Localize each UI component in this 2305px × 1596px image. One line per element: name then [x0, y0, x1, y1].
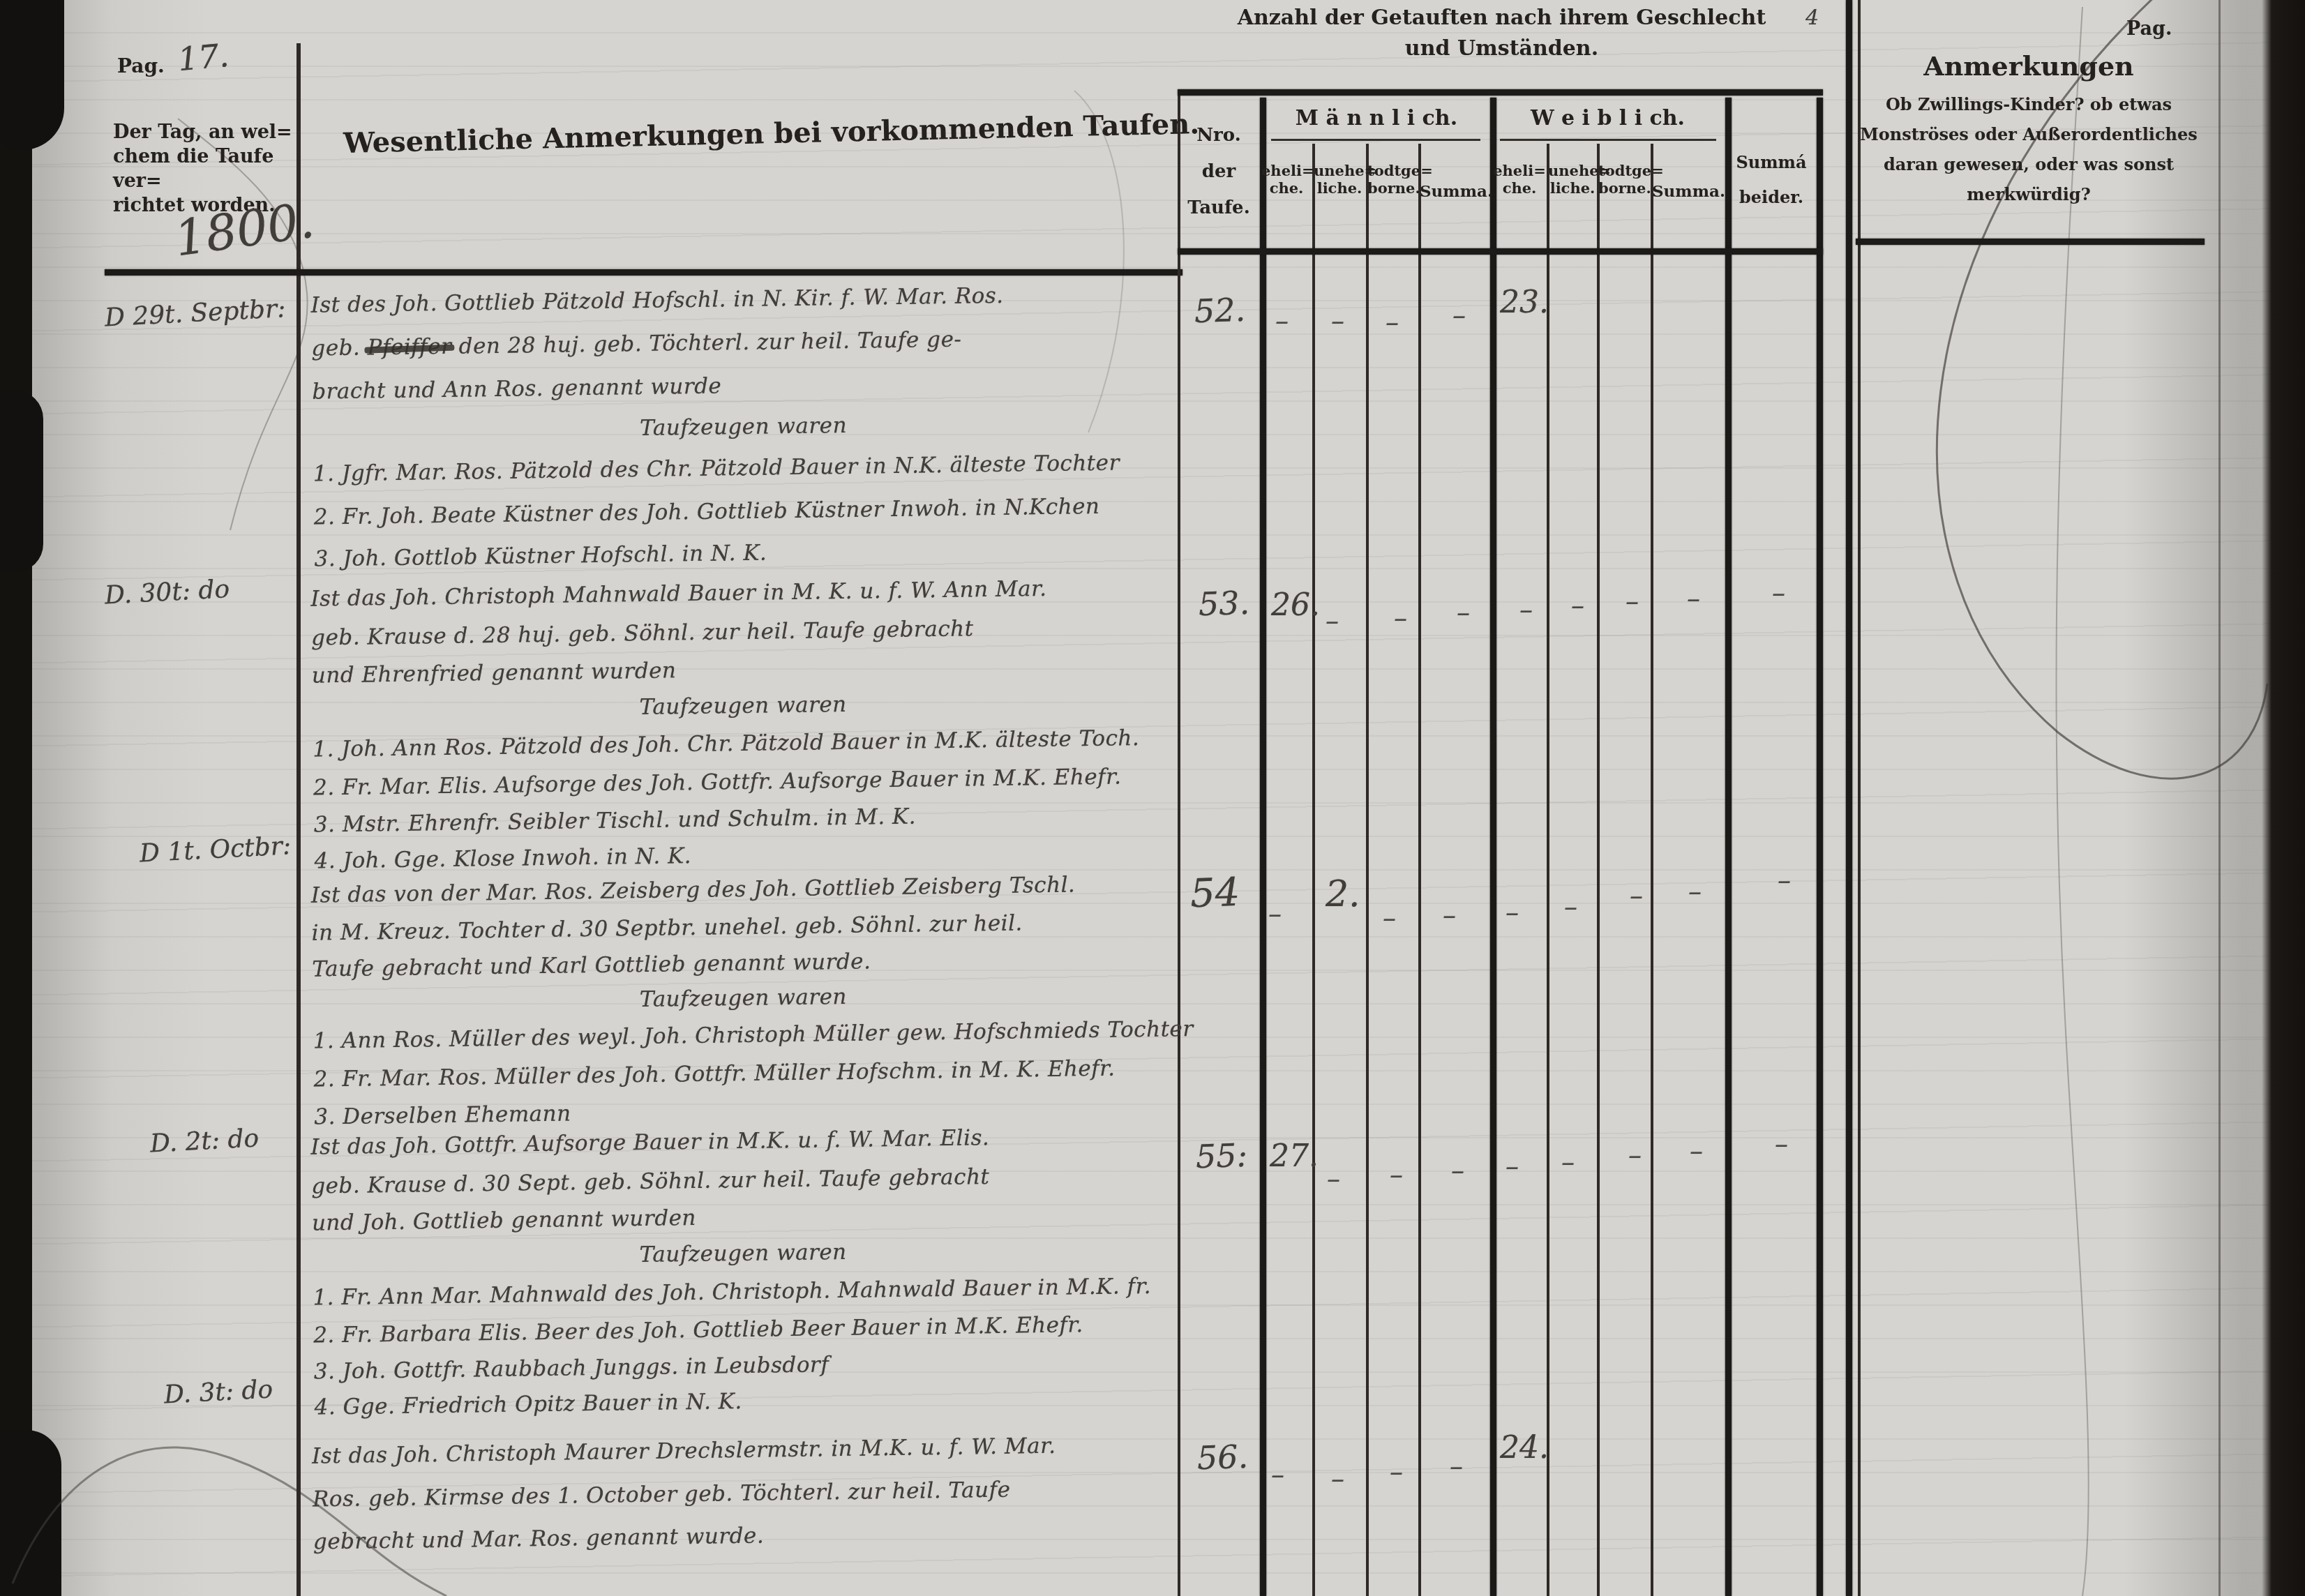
maennlich-header: M ä n n l i ch. — [1263, 106, 1490, 130]
row55-w-unehelich: – — [1561, 1147, 1575, 1177]
left-pag-number: 17. — [177, 36, 231, 78]
nro-line2: der — [1178, 153, 1260, 190]
baptism-entry-54: Ist das von der Mar. Ros. Zeisberg des J… — [310, 864, 1176, 1136]
row56-m-todtgeborne: – — [1390, 1456, 1403, 1487]
rule-m-unehe-todt — [1366, 144, 1369, 1596]
row54-w-todtgeborne: – — [1630, 880, 1643, 911]
row53-w-unehelich: – — [1571, 590, 1584, 621]
row54-w-unehelich: – — [1564, 891, 1577, 922]
m-summa-header: Summa. — [1420, 183, 1489, 200]
row54-m-summa: – — [1443, 900, 1456, 931]
row53-w-summa: – — [1687, 583, 1700, 614]
w-summa-header: Summa. — [1652, 183, 1725, 200]
w-ehelich-header: eheli=che. — [1493, 162, 1546, 197]
row53-w-todtgeborne: – — [1625, 586, 1639, 617]
annot-line3: daran gewesen, oder was sonst — [1857, 149, 2200, 179]
row52-m-summa: – — [1452, 300, 1466, 331]
row53-m-todtgeborne: – — [1394, 603, 1407, 633]
rule-nro-maennlich — [1260, 98, 1266, 1596]
rule-m-todt-summa — [1418, 144, 1421, 1596]
rule-summabeider-right — [1817, 98, 1823, 1596]
row54-m-unehelich: 2. — [1326, 873, 1360, 915]
row53-summa-beider: – — [1772, 578, 1785, 608]
date-header-line2: chem die Taufe ver= — [113, 144, 301, 193]
date-header-line1: Der Tag, an wel= — [113, 120, 301, 144]
summa-beider-header: Summá beider. — [1727, 145, 1816, 215]
rule-w-unehe-todt — [1597, 144, 1600, 1596]
nro-column-header: Nro. der Taufe. — [1178, 117, 1260, 226]
row52-m-todtgeborne: – — [1386, 307, 1399, 338]
rule-table-header-bottom — [1178, 248, 1823, 255]
row56-m-ehelich: – — [1271, 1459, 1284, 1490]
m-ehelich-header: eheli=che. — [1261, 162, 1312, 197]
rule-maennlich-underline — [1271, 139, 1480, 141]
rule-table-annot-divider-a — [1846, 0, 1852, 1596]
nro-line1: Nro. — [1178, 117, 1260, 153]
corner-pen-mark: 4 — [1805, 6, 1819, 30]
row55-m-summa: – — [1451, 1155, 1464, 1186]
row56-nro: 56. — [1196, 1438, 1249, 1477]
row54-nro: 54 — [1189, 870, 1240, 917]
rule-weiblich-underline — [1500, 139, 1716, 141]
row53-m-ehelich: 26. — [1271, 587, 1320, 623]
baptism-entry-55: Ist das Joh. Gottfr. Aufsorge Bauer in M… — [310, 1115, 1176, 1424]
row55-w-ehelich: – — [1506, 1151, 1519, 1182]
row55-w-summa: – — [1690, 1136, 1703, 1166]
row55-summa-beider: – — [1775, 1129, 1788, 1159]
rule-table-title-bottom — [1178, 89, 1823, 96]
rule-w-todt-summa — [1651, 144, 1653, 1596]
baptism-entry-53: Ist das Joh. Christoph Mahnwald Bauer in… — [310, 567, 1176, 879]
row55-nro: 55: — [1195, 1136, 1248, 1176]
rule-maennlich-weiblich — [1490, 98, 1496, 1596]
rule-weiblich-summabeider — [1725, 98, 1732, 1596]
right-pag-label: Pag. — [2126, 18, 2172, 40]
row55-m-unehelich: – — [1327, 1164, 1340, 1194]
row55-m-todtgeborne: – — [1390, 1159, 1403, 1190]
row52-w-ehelich: 23. — [1500, 285, 1549, 320]
row56-m-summa: – — [1450, 1451, 1463, 1482]
m-unehelich-header: unehe=liche. — [1314, 162, 1365, 197]
rule-annot-header-bottom — [1856, 239, 2205, 245]
w-todtgeborne-header: todtge=borne. — [1598, 162, 1650, 197]
row55-m-ehelich: 27. — [1270, 1138, 1319, 1174]
row52-m-ehelich: – — [1275, 306, 1289, 336]
nro-line3: Taufe. — [1178, 190, 1260, 226]
row54-w-summa: – — [1688, 876, 1702, 907]
annot-line1: Ob Zwillings-Kinder? ob etwas — [1857, 89, 2200, 119]
table-title-line2: und Umständen. — [1179, 36, 1824, 61]
row52-nro: 52. — [1194, 291, 1246, 331]
row53-w-ehelich: – — [1519, 594, 1533, 625]
row56-w-ehelich: 24. — [1500, 1430, 1549, 1466]
w-unehelich-header: unehe=liche. — [1548, 162, 1597, 197]
annot-line4: merkwürdig? — [1857, 179, 2200, 209]
row55-w-todtgeborne: – — [1628, 1140, 1642, 1170]
annotations-subheader: Ob Zwillings-Kinder? ob etwas Monströses… — [1857, 89, 2200, 209]
row54-m-todtgeborne: – — [1383, 903, 1396, 933]
row54-summa-beider: – — [1778, 865, 1791, 896]
row54-w-ehelich: – — [1506, 897, 1519, 928]
annot-line2: Monströses oder Außerordentliches — [1857, 119, 2200, 149]
baptism-entry-52: Ist des Joh. Gottlieb Pätzold Hofschl. i… — [310, 271, 1176, 579]
weiblich-header: W e i b l i ch. — [1490, 106, 1725, 130]
row54-m-ehelich: – — [1268, 898, 1282, 929]
annotations-header: Anmerkungen — [1861, 50, 2196, 82]
left-pag-label: Pag. — [117, 54, 165, 77]
rule-table-left — [1178, 92, 1180, 1596]
m-todtgeborne-header: todtge=borne. — [1367, 162, 1418, 197]
row52-m-unehelich: – — [1331, 306, 1344, 336]
row53-m-summa: – — [1457, 597, 1470, 628]
row56-m-unehelich: – — [1331, 1463, 1344, 1494]
struck-word: Pfeiffer — [367, 334, 451, 361]
table-title-line1: Anzahl der Getauften nach ihrem Geschlec… — [1179, 6, 1824, 30]
rule-m-ehe-unehe — [1312, 144, 1315, 1596]
rule-date-main-divider — [296, 43, 301, 1596]
row53-m-unehelich: – — [1326, 605, 1339, 636]
baptism-entry-56: Ist das Joh. Christoph Maurer Drechslerm… — [312, 1422, 1175, 1563]
row53-nro: 53. — [1198, 584, 1250, 624]
rule-w-ehe-unehe — [1547, 144, 1549, 1596]
